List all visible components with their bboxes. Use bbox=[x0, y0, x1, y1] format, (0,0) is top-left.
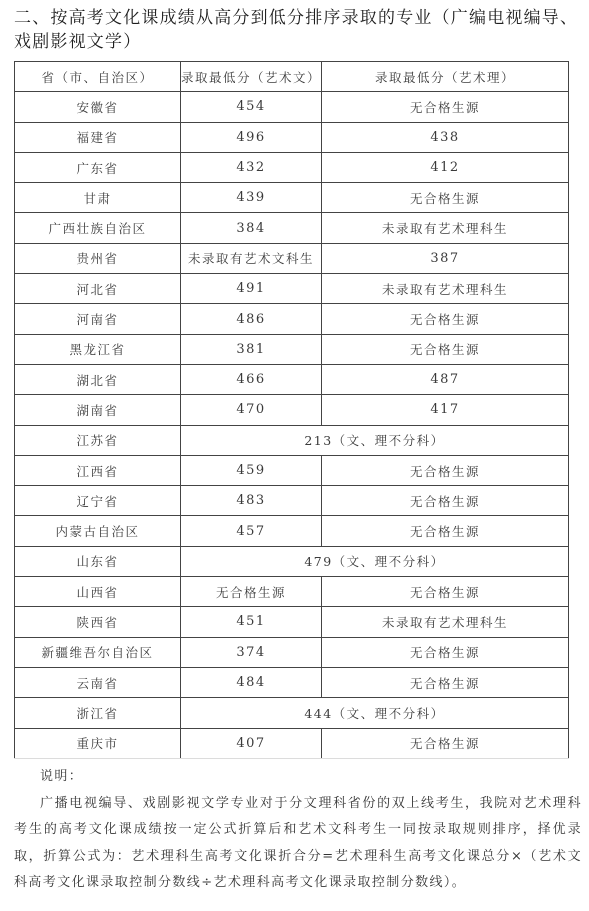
explanatory-note: 说明： 广播电视编导、戏剧影视文学专业对于分文理科省份的双上线考生，我院对艺术理… bbox=[14, 764, 582, 897]
cell-province: 江西省 bbox=[15, 455, 181, 485]
table-row: 内蒙古自治区 457 无合格生源 bbox=[15, 516, 569, 546]
cell-arts-science: 417 bbox=[322, 395, 569, 425]
table-row: 广东省 432 412 bbox=[15, 152, 569, 182]
table-row: 山西省 无合格生源 无合格生源 bbox=[15, 577, 569, 607]
cell-arts-liberal: 466 bbox=[181, 364, 322, 394]
table-row: 陕西省 451 未录取有艺术理科生 bbox=[15, 607, 569, 637]
cell-province: 福建省 bbox=[15, 122, 181, 152]
cell-arts-liberal: 457 bbox=[181, 516, 322, 546]
table-row: 甘肃 439 无合格生源 bbox=[15, 183, 569, 213]
note-title: 说明： bbox=[14, 764, 582, 791]
cell-arts-science: 387 bbox=[322, 243, 569, 273]
cell-arts-science: 无合格生源 bbox=[322, 728, 569, 758]
table-row: 安徽省 454 无合格生源 bbox=[15, 92, 569, 122]
header-province: 省（市、自治区） bbox=[15, 62, 181, 92]
cell-province: 湖南省 bbox=[15, 395, 181, 425]
cell-arts-liberal: 470 bbox=[181, 395, 322, 425]
cell-arts-liberal: 459 bbox=[181, 455, 322, 485]
cell-arts-science: 未录取有艺术理科生 bbox=[322, 274, 569, 304]
cell-arts-science: 438 bbox=[322, 122, 569, 152]
cell-province: 山东省 bbox=[15, 546, 181, 576]
cell-province: 湖北省 bbox=[15, 364, 181, 394]
cell-province: 黑龙江省 bbox=[15, 334, 181, 364]
table-row: 云南省 484 无合格生源 bbox=[15, 667, 569, 697]
cell-province: 甘肃 bbox=[15, 183, 181, 213]
table-row: 福建省 496 438 bbox=[15, 122, 569, 152]
table-row: 贵州省 未录取有艺术文科生 387 bbox=[15, 243, 569, 273]
table-row: 江苏省 213（文、理不分科） bbox=[15, 425, 569, 455]
section-heading: 二、按高考文化课成绩从高分到低分排序录取的专业（广编电视编导、戏剧影视文学） bbox=[14, 6, 582, 54]
cell-province: 河南省 bbox=[15, 304, 181, 334]
table-row: 重庆市 407 无合格生源 bbox=[15, 728, 569, 758]
cell-arts-liberal: 432 bbox=[181, 152, 322, 182]
table-row: 浙江省 444（文、理不分科） bbox=[15, 698, 569, 728]
cell-arts-science: 无合格生源 bbox=[322, 486, 569, 516]
note-body: 广播电视编导、戏剧影视文学专业对于分文理科省份的双上线考生，我院对艺术理科考生的… bbox=[14, 791, 582, 897]
cell-province: 山西省 bbox=[15, 577, 181, 607]
cell-arts-liberal: 407 bbox=[181, 728, 322, 758]
cell-arts-science: 未录取有艺术理科生 bbox=[322, 213, 569, 243]
table-header-row: 省（市、自治区） 录取最低分（艺术文） 录取最低分（艺术理） bbox=[15, 62, 569, 92]
cell-arts-science: 无合格生源 bbox=[322, 92, 569, 122]
cell-arts-science: 无合格生源 bbox=[322, 667, 569, 697]
cell-arts-science: 未录取有艺术理科生 bbox=[322, 607, 569, 637]
table-row: 河北省 491 未录取有艺术理科生 bbox=[15, 274, 569, 304]
cell-arts-liberal: 454 bbox=[181, 92, 322, 122]
cell-arts-science: 无合格生源 bbox=[322, 183, 569, 213]
cell-arts-liberal: 无合格生源 bbox=[181, 577, 322, 607]
cell-province: 江苏省 bbox=[15, 425, 181, 455]
table-row: 湖北省 466 487 bbox=[15, 364, 569, 394]
cell-arts-liberal: 483 bbox=[181, 486, 322, 516]
cell-arts-science: 无合格生源 bbox=[322, 577, 569, 607]
cell-arts-science: 无合格生源 bbox=[322, 637, 569, 667]
cell-province: 浙江省 bbox=[15, 698, 181, 728]
table-row: 黑龙江省 381 无合格生源 bbox=[15, 334, 569, 364]
cell-arts-liberal: 451 bbox=[181, 607, 322, 637]
cell-province: 河北省 bbox=[15, 274, 181, 304]
cell-merged-score: 479（文、理不分科） bbox=[181, 546, 569, 576]
table-row: 河南省 486 无合格生源 bbox=[15, 304, 569, 334]
cell-arts-liberal: 484 bbox=[181, 667, 322, 697]
admission-score-table: 省（市、自治区） 录取最低分（艺术文） 录取最低分（艺术理） 安徽省 454 无… bbox=[14, 61, 569, 759]
table-row: 新疆维吾尔自治区 374 无合格生源 bbox=[15, 637, 569, 667]
cell-arts-liberal: 384 bbox=[181, 213, 322, 243]
cell-province: 新疆维吾尔自治区 bbox=[15, 637, 181, 667]
cell-arts-science: 412 bbox=[322, 152, 569, 182]
cell-arts-science: 无合格生源 bbox=[322, 516, 569, 546]
cell-arts-liberal: 491 bbox=[181, 274, 322, 304]
cell-province: 广西壮族自治区 bbox=[15, 213, 181, 243]
cell-arts-liberal: 486 bbox=[181, 304, 322, 334]
table-row: 江西省 459 无合格生源 bbox=[15, 455, 569, 485]
cell-arts-liberal: 439 bbox=[181, 183, 322, 213]
table-row: 辽宁省 483 无合格生源 bbox=[15, 486, 569, 516]
cell-province: 云南省 bbox=[15, 667, 181, 697]
cell-province: 陕西省 bbox=[15, 607, 181, 637]
cell-arts-liberal: 496 bbox=[181, 122, 322, 152]
cell-province: 广东省 bbox=[15, 152, 181, 182]
cell-arts-liberal: 374 bbox=[181, 637, 322, 667]
cell-merged-score: 213（文、理不分科） bbox=[181, 425, 569, 455]
table-row: 广西壮族自治区 384 未录取有艺术理科生 bbox=[15, 213, 569, 243]
cell-arts-liberal: 未录取有艺术文科生 bbox=[181, 243, 322, 273]
cell-arts-liberal: 381 bbox=[181, 334, 322, 364]
table-row: 山东省 479（文、理不分科） bbox=[15, 546, 569, 576]
cell-province: 内蒙古自治区 bbox=[15, 516, 181, 546]
cell-arts-science: 无合格生源 bbox=[322, 304, 569, 334]
cell-merged-score: 444（文、理不分科） bbox=[181, 698, 569, 728]
cell-province: 重庆市 bbox=[15, 728, 181, 758]
header-arts-science: 录取最低分（艺术理） bbox=[322, 62, 569, 92]
header-arts-liberal: 录取最低分（艺术文） bbox=[181, 62, 322, 92]
cell-arts-science: 无合格生源 bbox=[322, 455, 569, 485]
table-row: 湖南省 470 417 bbox=[15, 395, 569, 425]
cell-arts-science: 487 bbox=[322, 364, 569, 394]
cell-province: 贵州省 bbox=[15, 243, 181, 273]
cell-province: 辽宁省 bbox=[15, 486, 181, 516]
cell-arts-science: 无合格生源 bbox=[322, 334, 569, 364]
cell-province: 安徽省 bbox=[15, 92, 181, 122]
